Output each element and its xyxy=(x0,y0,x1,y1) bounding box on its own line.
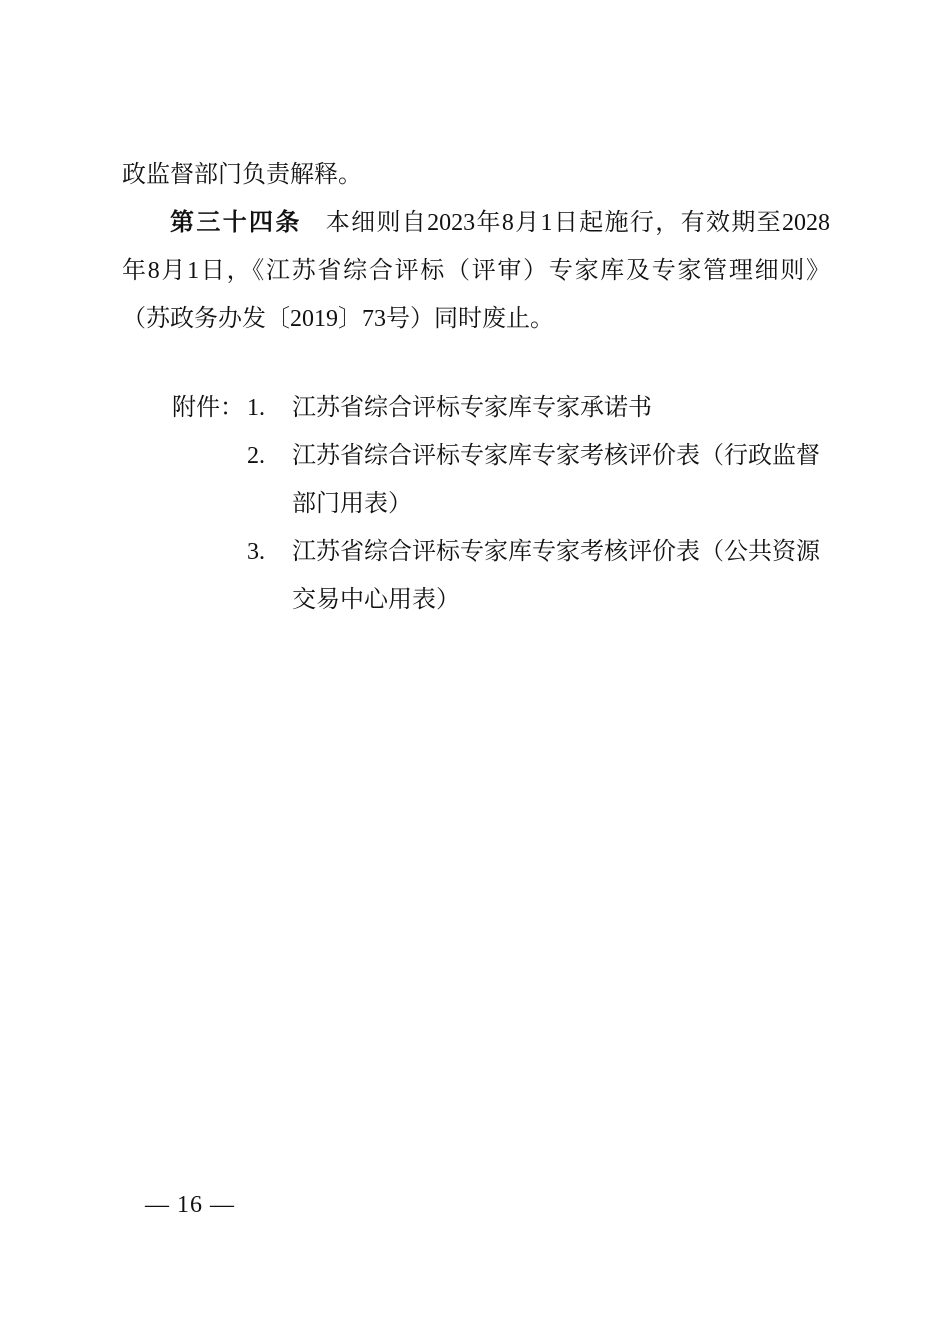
attachment-item-2-number: 2. xyxy=(247,432,292,480)
article-heading: 第三十四条 xyxy=(170,209,302,236)
article-34-paragraph: 第三十四条本细则自2023年8月1日起施行，有效期至2028 年8月1日，《江苏… xyxy=(122,199,830,343)
attachment-item-1-number: 1. xyxy=(247,384,292,432)
attachment-item-3-continuation: 交易中心用表） xyxy=(122,576,830,624)
attachment-item-3: 3.江苏省综合评标专家库专家考核评价表（公共资源 xyxy=(122,528,830,576)
attachment-list: 附件：1.江苏省综合评标专家库专家承诺书 2.江苏省综合评标专家库专家考核评价表… xyxy=(122,384,830,624)
document-page: 政监督部门负责解释。 第三十四条本细则自2023年8月1日起施行，有效期至202… xyxy=(0,0,950,1343)
attachment-item-2: 2.江苏省综合评标专家库专家考核评价表（行政监督 xyxy=(122,432,830,480)
attachment-item-1-text: 江苏省综合评标专家库专家承诺书 xyxy=(292,395,652,421)
document-body: 政监督部门负责解释。 第三十四条本细则自2023年8月1日起施行，有效期至202… xyxy=(122,151,830,624)
article-line-3: （苏政务办发〔2019〕73号）同时废止。 xyxy=(122,295,830,343)
attachment-item-2-text: 江苏省综合评标专家库专家考核评价表（行政监督 xyxy=(292,443,820,469)
page-number: — 16 — xyxy=(145,1191,235,1219)
article-line-1-text: 本细则自2023年8月1日起施行，有效期至2028 xyxy=(326,210,830,236)
attachment-item-1: 附件：1.江苏省综合评标专家库专家承诺书 xyxy=(122,384,830,432)
attachment-item-2-continuation: 部门用表） xyxy=(122,480,830,528)
attachment-label: 附件： xyxy=(172,384,247,432)
intro-paragraph-line: 政监督部门负责解释。 xyxy=(122,151,830,199)
attachment-item-3-text: 江苏省综合评标专家库专家考核评价表（公共资源 xyxy=(292,539,820,565)
attachment-item-3-number: 3. xyxy=(247,528,292,576)
article-line-1: 第三十四条本细则自2023年8月1日起施行，有效期至2028 xyxy=(122,199,830,247)
article-line-2: 年8月1日，《江苏省综合评标（评审）专家库及专家管理细则》 xyxy=(122,247,830,295)
